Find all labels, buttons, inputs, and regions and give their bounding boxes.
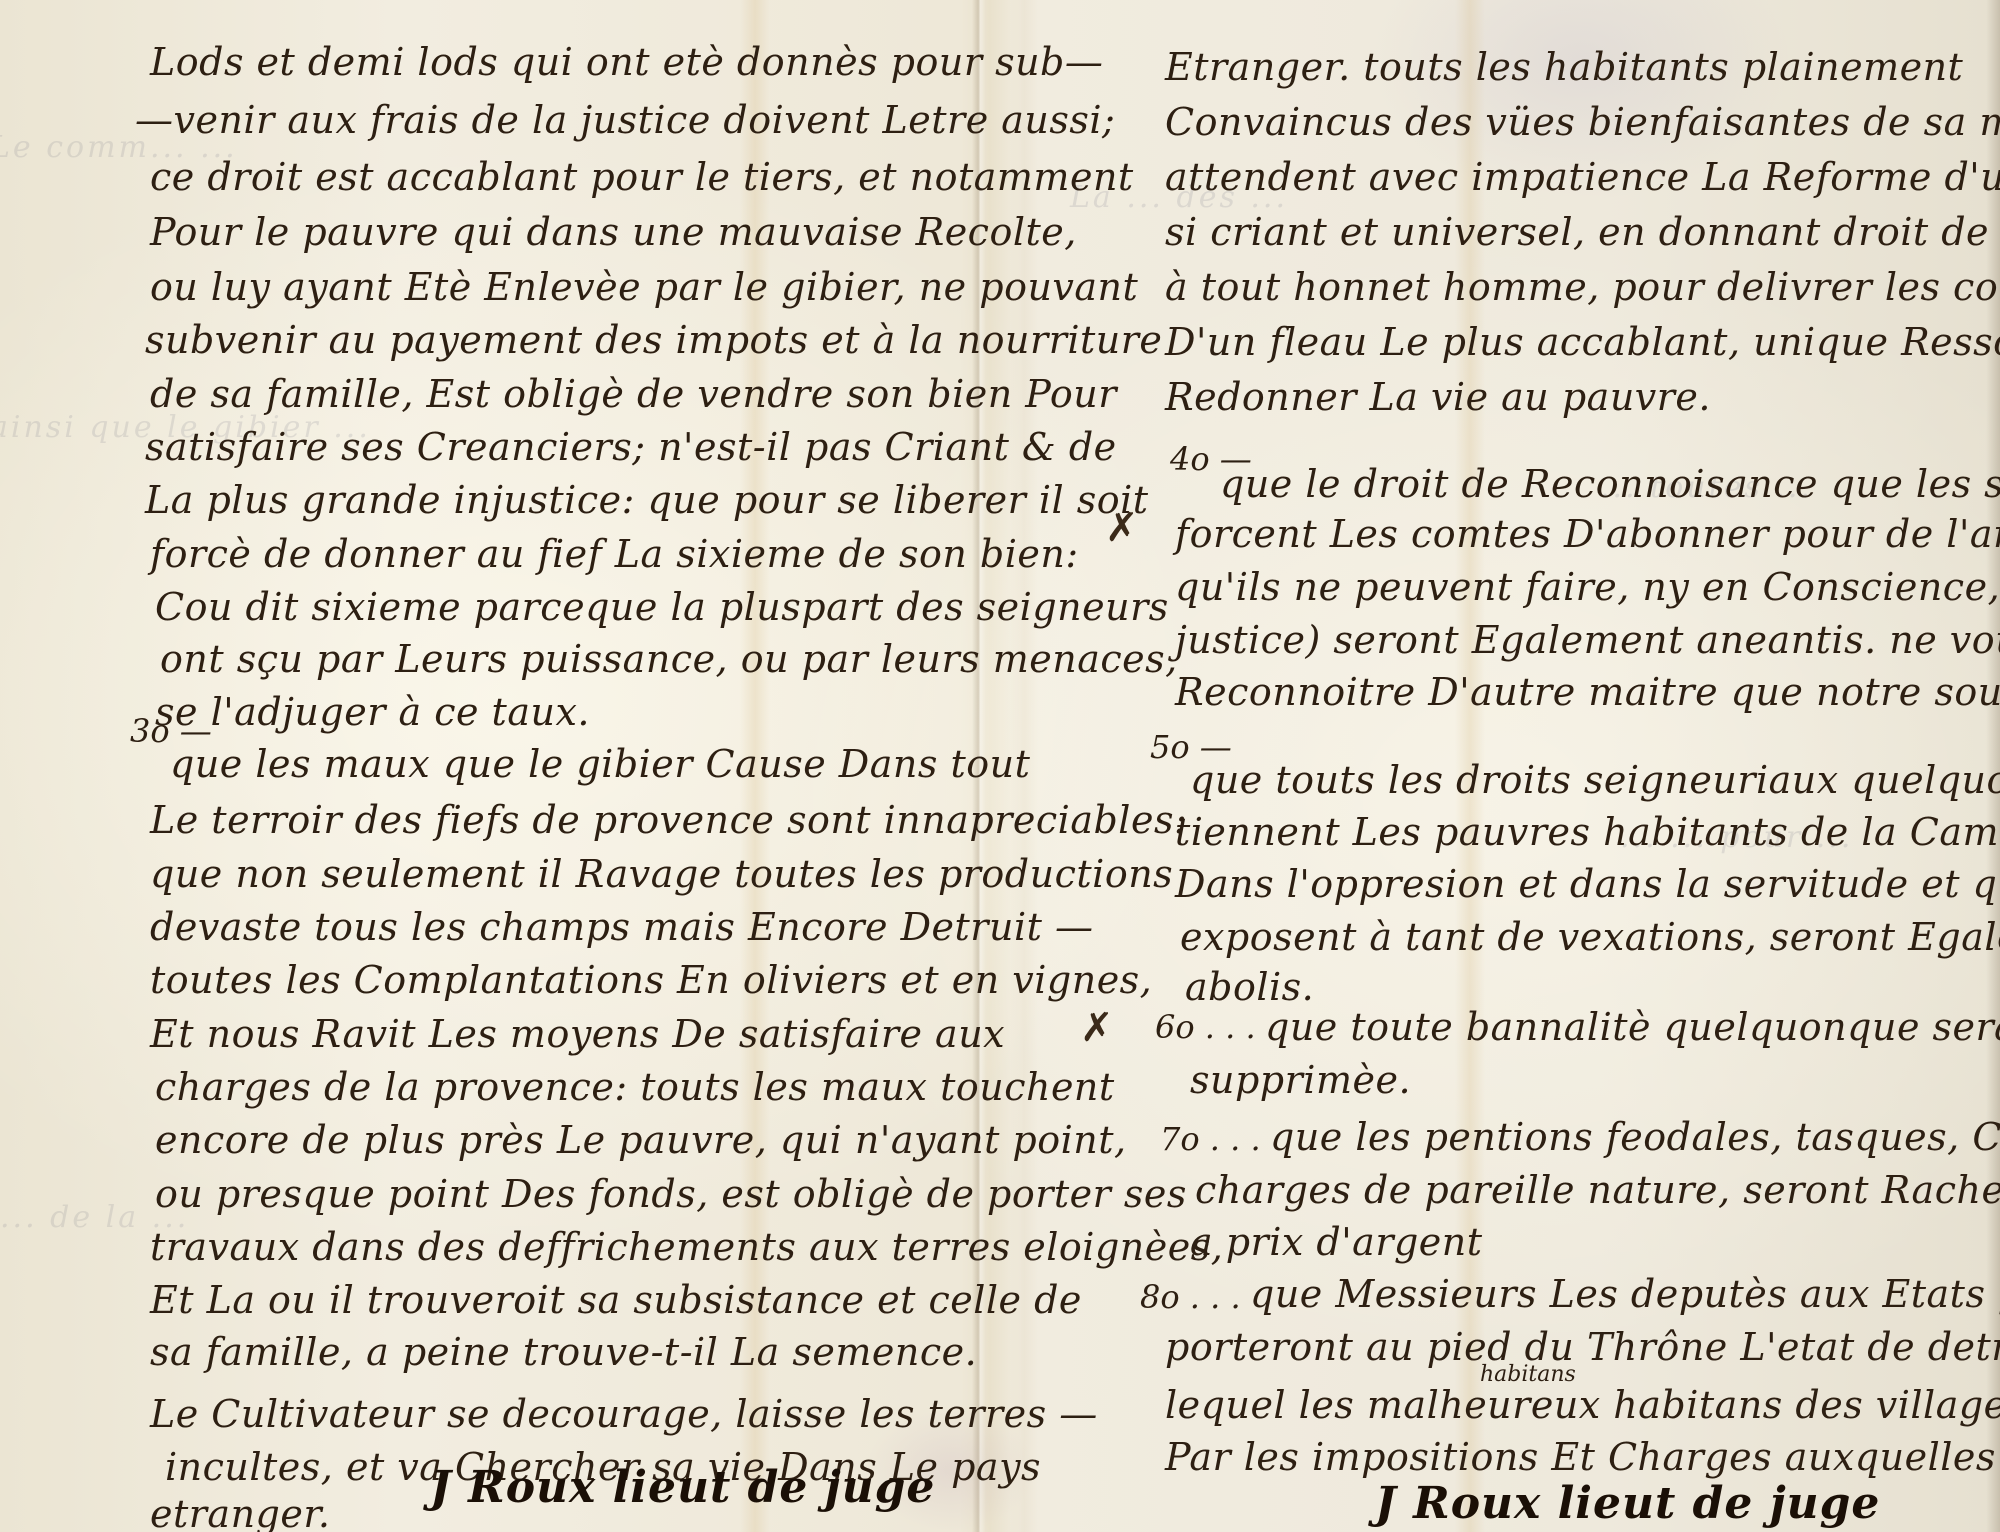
text-line: que Messieurs Les deputès aux Etats gene…: [1250, 1272, 2000, 1316]
text-line: que le droit de Reconnoisance que les se…: [1220, 462, 2000, 506]
text-line: D'un fleau Le plus accablant, unique Res…: [1165, 320, 2000, 364]
left-page: Lods et demi lods qui ont etè donnès pou…: [0, 0, 990, 1532]
text-line: abolis.: [1185, 965, 1314, 1009]
text-line: subvenir au payement des impots et à la …: [145, 318, 1162, 362]
text-line: charges de la provence: touts les maux t…: [155, 1065, 1115, 1109]
margin-cross-mark: ✗: [1080, 1005, 1114, 1051]
text-line: charges de pareille nature, seront Rache…: [1195, 1168, 2000, 1212]
text-line: satisfaire ses Creanciers; n'est-il pas …: [145, 425, 1117, 469]
text-line: a prix d'argent: [1190, 1220, 1483, 1264]
text-line: se l'adjuger à ce taux.: [155, 690, 590, 734]
text-line: forcè de donner au fief La sixieme de so…: [150, 532, 1079, 576]
text-line: Pour le pauvre qui dans une mauvaise Rec…: [150, 210, 1077, 254]
section-numeral: 8o . . .: [1140, 1278, 1241, 1316]
text-line: qu'ils ne peuvent faire, ny en Conscienc…: [1175, 565, 2000, 609]
text-line: encore de plus près Le pauvre, qui n'aya…: [155, 1118, 1127, 1162]
manuscript-sheet: Le comm... ... ainsi que le gibier ... L…: [0, 0, 2000, 1532]
text-line: sa famille, a peine trouve-t-il La semen…: [150, 1330, 977, 1374]
text-line: Et La ou il trouveroit sa subsistance et…: [150, 1278, 1082, 1322]
text-line: ou presque point Des fonds, est obligè d…: [155, 1172, 1187, 1216]
text-line: ou luy ayant Etè Enlevèe par le gibier, …: [150, 265, 1138, 309]
section-numeral: 6o . . .: [1155, 1008, 1256, 1046]
text-line: Reconnoitre D'autre maitre que notre sou…: [1175, 670, 2000, 714]
section-numeral: 7o . . .: [1160, 1120, 1261, 1158]
text-line: —venir aux frais de la justice doivent L…: [135, 98, 1115, 142]
text-line: exposent à tant de vexations, seront Ega…: [1180, 915, 2000, 959]
text-line: de sa famille, Est obligè de vendre son …: [150, 372, 1117, 416]
text-line: forcent Les comtes D'abonner pour de l'a…: [1175, 512, 2000, 556]
text-line: Et nous Ravit Les moyens De satisfaire a…: [150, 1012, 1005, 1056]
text-line: attendent avec impatience La Reforme d'u…: [1165, 155, 2000, 199]
text-line: toutes les Complantations En oliviers et…: [150, 958, 1152, 1002]
text-line: devaste tous les champs mais Encore Detr…: [150, 905, 1093, 949]
text-line: Dans l'oppresion et dans la servitude et…: [1175, 862, 2000, 906]
text-line: Cou dit sixieme parceque la pluspart des…: [155, 585, 1169, 629]
text-line: ont sçu par Leurs puissance, ou par leur…: [160, 637, 1178, 681]
text-line: lequel les malheureux habitans des villa…: [1165, 1383, 2000, 1427]
text-line: tiennent Les pauvres habitants de la Cam…: [1175, 810, 2000, 854]
text-line: justice) seront Egalement aneantis. ne v…: [1175, 618, 2000, 662]
text-line: que les maux que le gibier Cause Dans to…: [170, 742, 1030, 786]
text-line: Le Cultivateur se decourage, laisse les …: [150, 1392, 1098, 1436]
text-line: etranger.: [150, 1492, 330, 1532]
text-line: que les pentions feodales, tasques, Cenc…: [1270, 1115, 2000, 1159]
margin-cross-mark: ✗: [1105, 505, 1139, 551]
text-line: Etranger. touts les habitants plainement: [1165, 45, 1963, 89]
text-line: que non seulement il Ravage toutes les p…: [150, 852, 1173, 896]
right-page: Etranger. touts les habitants plainement…: [1040, 0, 2000, 1532]
text-line: ce droit est accablant pour le tiers, et…: [150, 155, 1134, 199]
text-line: que touts les droits seigneuriaux quelqu…: [1190, 758, 2000, 802]
text-line: à tout honnet homme, pour delivrer les c…: [1165, 265, 2000, 309]
signature: J Roux lieut de juge: [430, 1462, 935, 1513]
text-line: que toute bannalitè quelquonque sera —: [1265, 1005, 2000, 1049]
text-line: si criant et universel, en donnant droit…: [1165, 210, 2000, 254]
text-line: La plus grande injustice: que pour se li…: [145, 478, 1149, 522]
text-line: Convaincus des vües bienfaisantes de sa …: [1165, 100, 2000, 144]
text-line: Le terroir des fiefs de provence sont in…: [150, 798, 1187, 842]
text-line: porteront au pied du Thrône L'etat de de…: [1165, 1325, 2000, 1369]
text-line: Redonner La vie au pauvre.: [1165, 375, 1711, 419]
signature: J Roux lieut de juge: [1375, 1478, 1880, 1529]
text-line: supprimèe.: [1190, 1058, 1411, 1102]
text-line: Par les impositions Et Charges auxquelle…: [1165, 1435, 2000, 1479]
text-line: Lods et demi lods qui ont etè donnès pou…: [150, 40, 1103, 84]
